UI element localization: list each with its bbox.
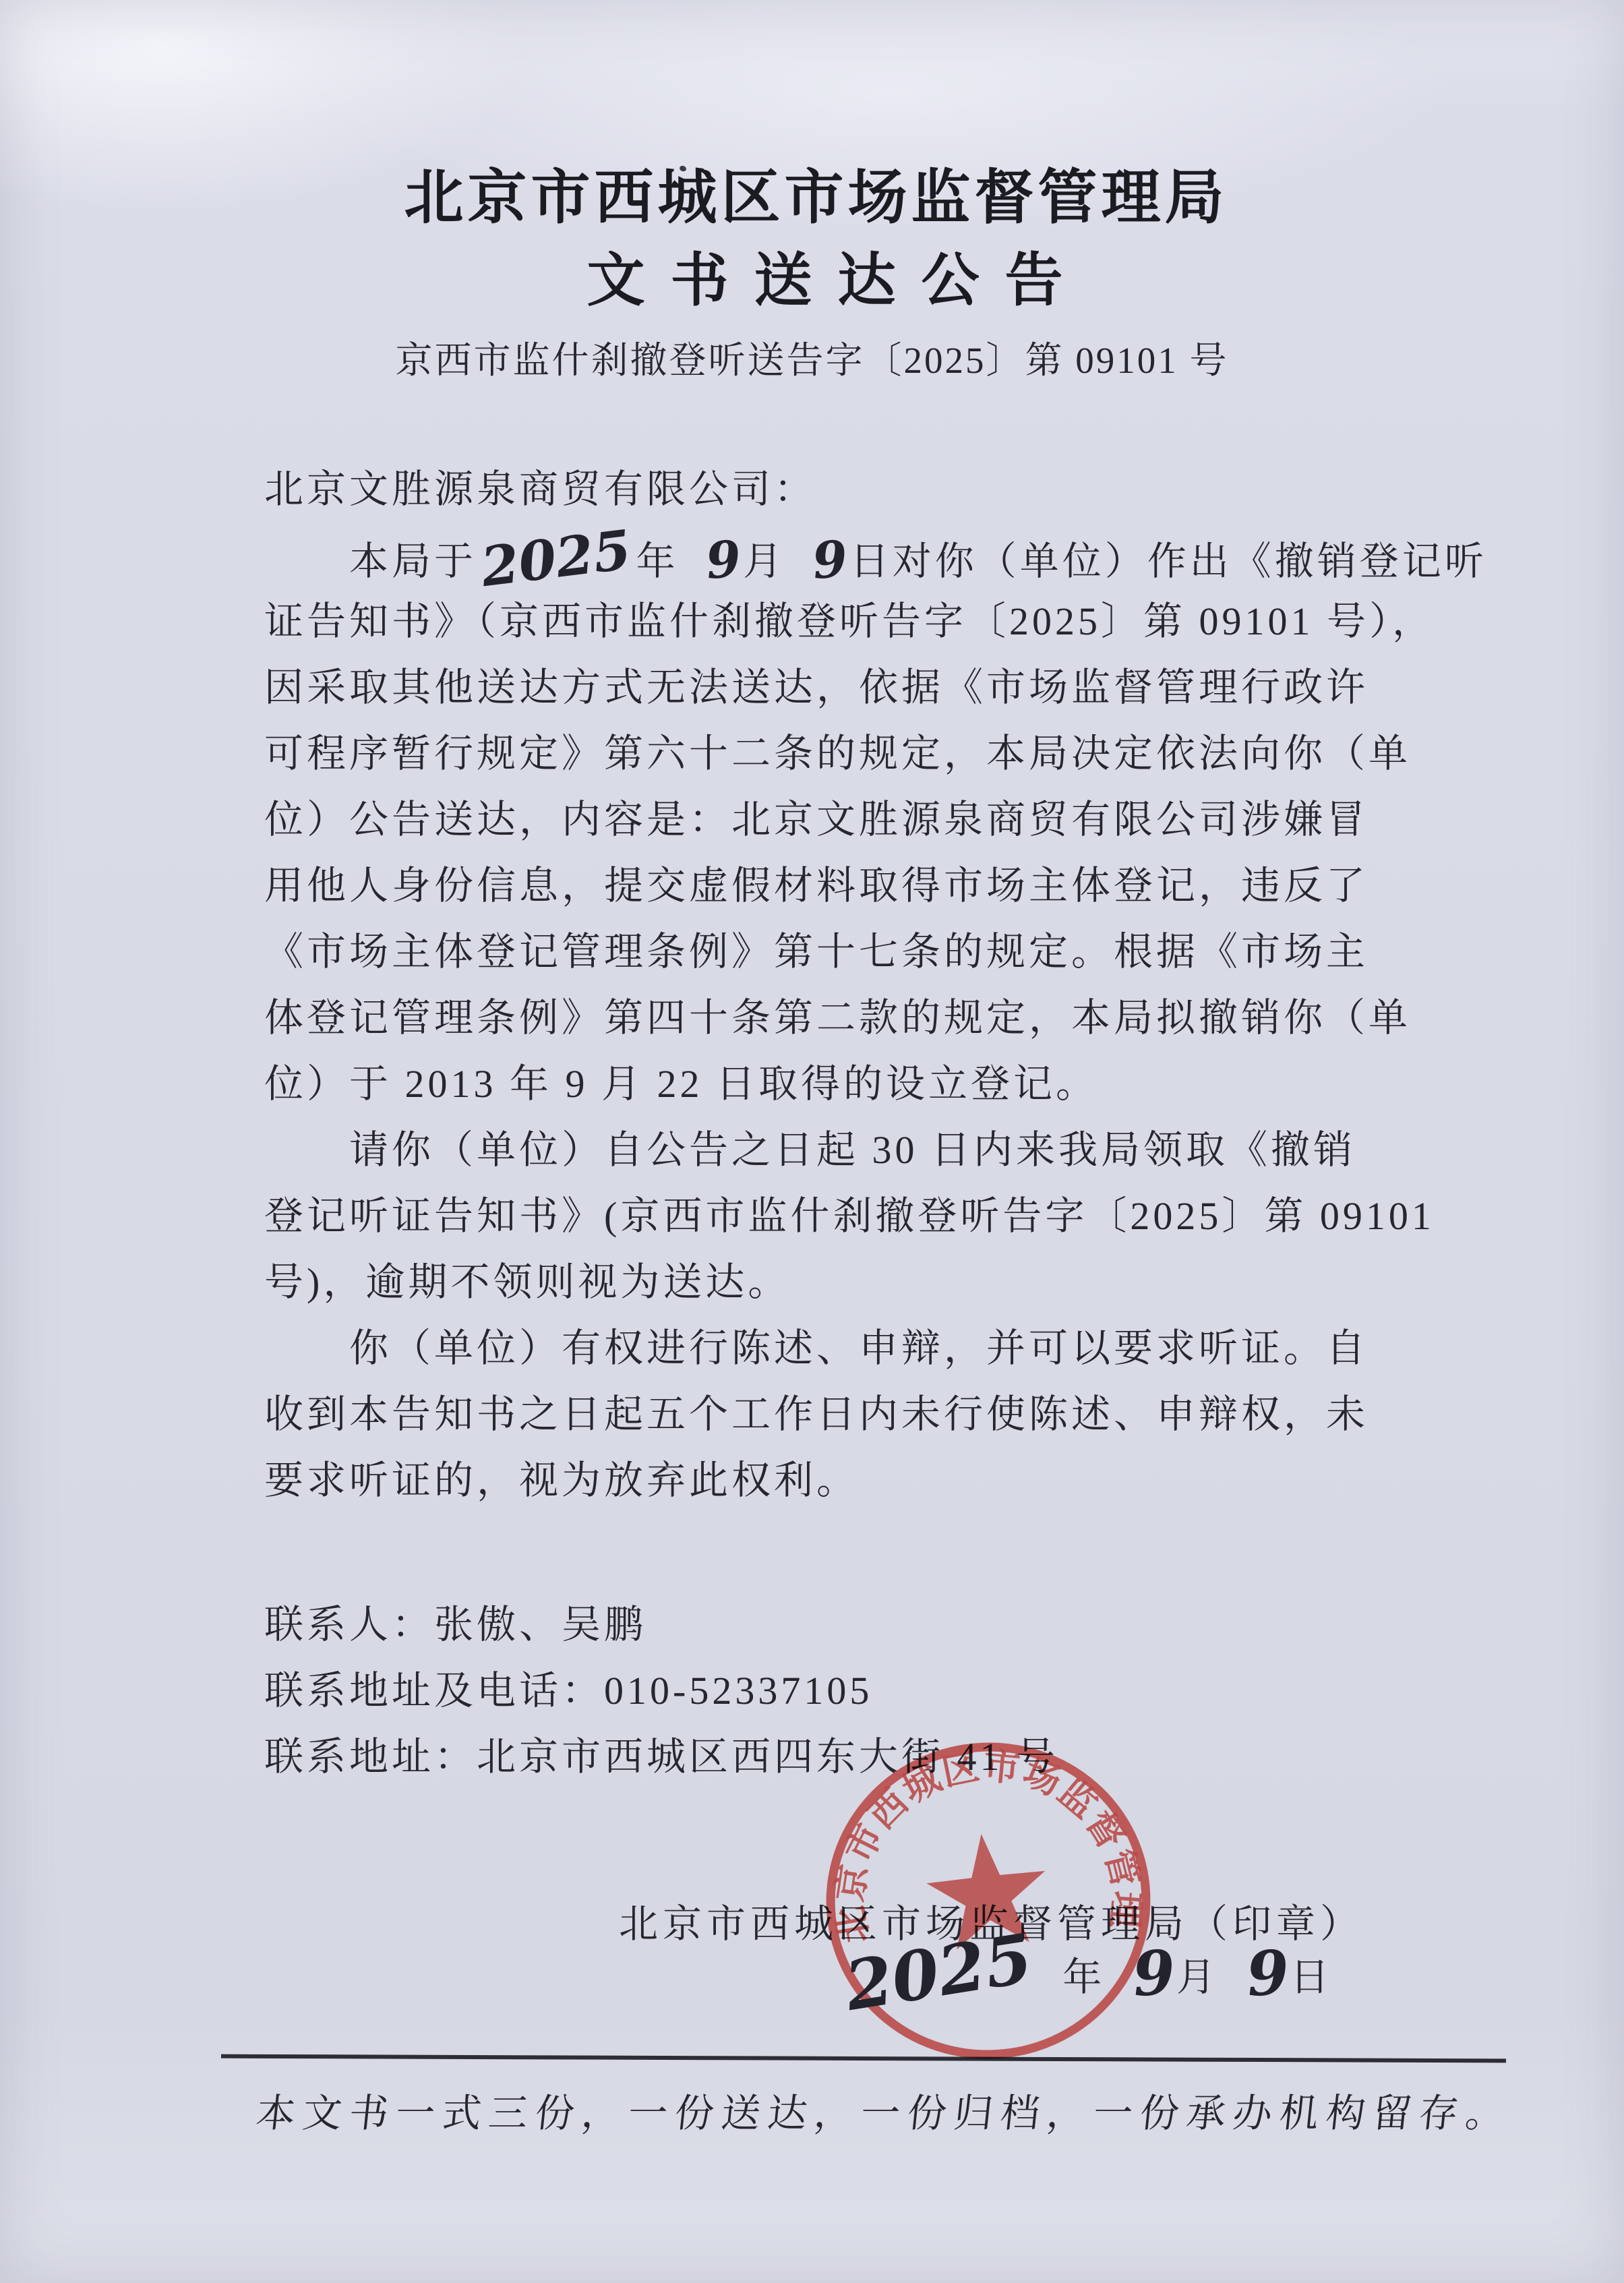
date-year-unit: 年 <box>1062 1945 1103 2002</box>
issue-date-line: 2025 年 9 月 9 日 <box>844 1927 1331 2007</box>
p1-prefix: 本局于 <box>349 539 477 583</box>
year-unit: 年 <box>636 539 679 583</box>
day-unit: 日 <box>850 539 893 583</box>
body-line: 位）公告送达，内容是：北京文胜源泉商贸有限公司涉嫌冒 <box>264 787 1437 853</box>
body-line: 请你（单位）自公告之日起 30 日内来我局领取《撤销 <box>264 1117 1437 1183</box>
body-line: 你（单位）有权进行陈述、申辩，并可以要求听证。自 <box>264 1315 1437 1382</box>
month-unit: 月 <box>743 539 785 583</box>
body-line: 登记听证告知书》(京西市监什刹撤登听告字〔2025〕第 09101 <box>264 1183 1437 1249</box>
scanned-notice-page: 北京市西城区市场监督管理局 文书送达公告 京西市监什刹撤登听送告字〔2025〕第… <box>0 0 1624 2283</box>
agency-title: 北京市西城区市场监督管理局 <box>0 164 1624 231</box>
body-line: 因采取其他送达方式无法送达，依据《市场监督管理行政许 <box>264 655 1437 721</box>
body-line: 收到本告知书之日起五个工作日内未行使陈述、申辩权，未 <box>264 1382 1437 1448</box>
notice-body: 北京文胜源泉商贸有限公司： 本局于2025年9月9日对你（单位）作出《撤销登记听… <box>264 456 1437 1514</box>
body-line: 用他人身份信息，提交虚假材料取得市场主体登记，违反了 <box>264 853 1437 919</box>
body-line: 《市场主体登记管理条例》第十七条的规定。根据《市场主 <box>264 919 1437 985</box>
footer-note: 本文书一式三份，一份送达，一份归档，一份承办机构留存。 <box>253 2081 1515 2147</box>
body-line: 体登记管理条例》第四十条第二款的规定，本局拟撤销你（单 <box>264 985 1437 1051</box>
body-line: 位）于 2013 年 9 月 22 日取得的设立登记。 <box>264 1051 1437 1117</box>
contact-person: 联系人：张傲、吴鹏 <box>264 1592 1058 1658</box>
body-line: 号)，逾期不领则视为送达。 <box>264 1249 1437 1315</box>
p1-rest: 对你（单位）作出《撤销登记听 <box>893 539 1487 583</box>
date-month-unit: 月 <box>1176 1945 1217 2002</box>
contact-phone: 联系地址及电话：010-52337105 <box>264 1658 1058 1724</box>
body-line: 证告知书》（京西市监什刹撤登听告字〔2025〕第 09101 号）， <box>264 589 1437 655</box>
paragraph-1-line-1: 本局于2025年9月9日对你（单位）作出《撤销登记听 <box>264 523 1437 589</box>
handwritten-day: 9 <box>810 526 850 595</box>
body-line: 要求听证的，视为放弃此权利。 <box>264 1448 1437 1514</box>
handwritten-date-month: 9 <box>1131 1936 1178 2011</box>
body-line: 可程序暂行规定》第六十二条的规定，本局决定依法向你（单 <box>264 721 1437 787</box>
salutation: 北京文胜源泉商贸有限公司： <box>264 456 1437 523</box>
notice-title: 文书送达公告 <box>0 247 1624 314</box>
date-day-unit: 日 <box>1290 1945 1331 2002</box>
handwritten-month: 9 <box>703 526 744 595</box>
handwritten-year: 2025 <box>477 516 634 600</box>
document-number: 京西市监什刹撤登听送告字〔2025〕第 09101 号 <box>0 340 1624 381</box>
handwritten-date-day: 9 <box>1244 1936 1292 2011</box>
